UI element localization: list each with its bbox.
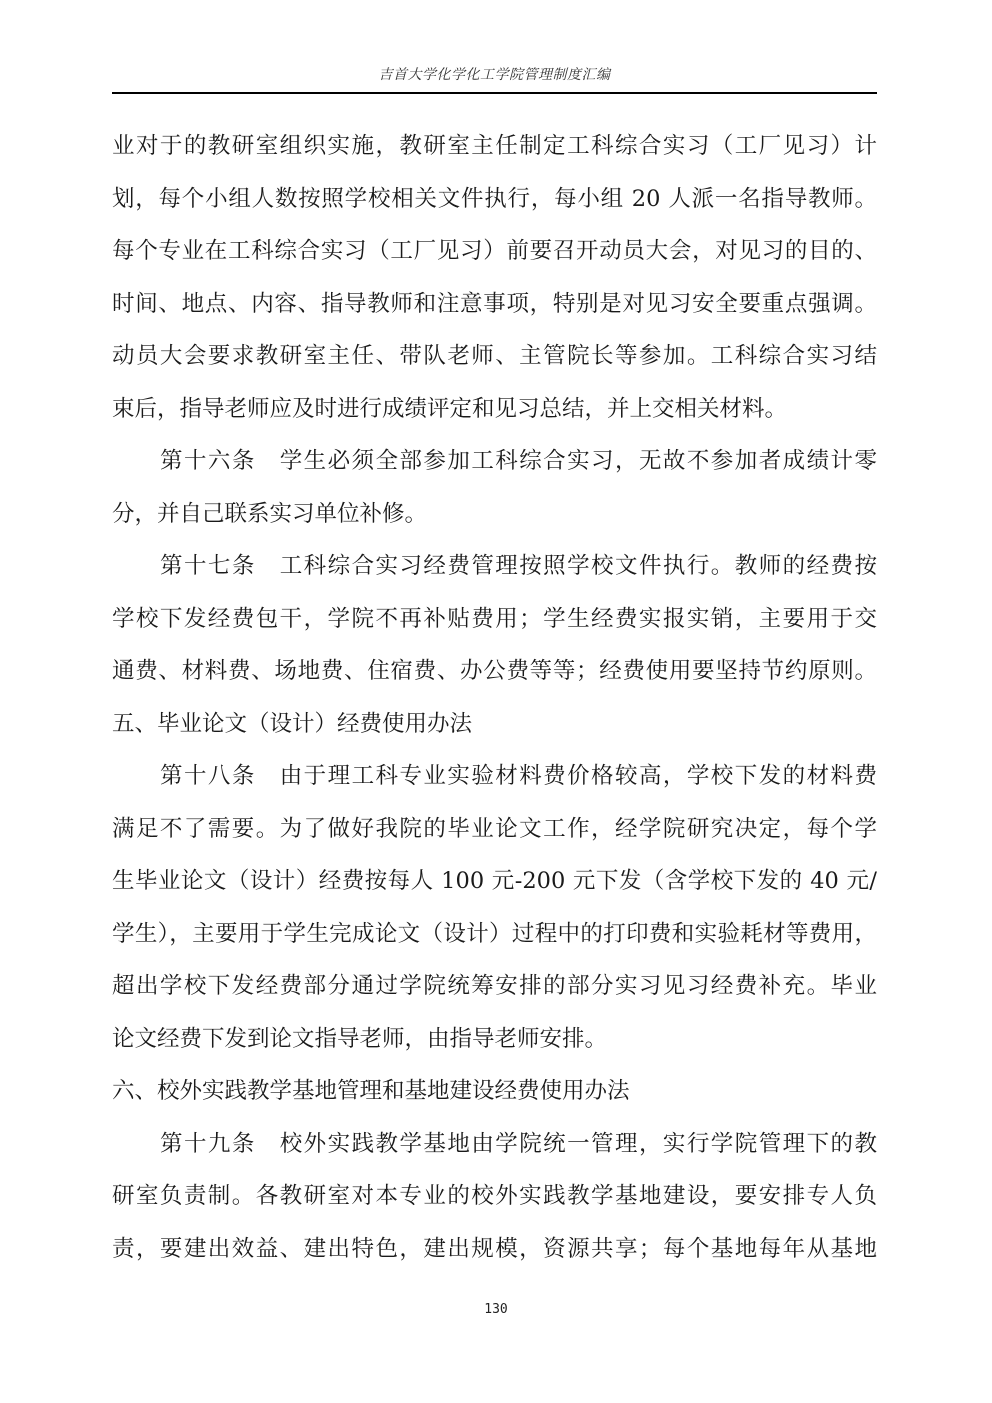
article-18-start: 第十八条 由于理工科专业实验材料费价格较高，学校下发的材料费 bbox=[112, 754, 877, 807]
header-divider bbox=[112, 92, 877, 94]
page-number: 130 bbox=[0, 1302, 992, 1317]
text-line: 时间、地点、内容、指导教师和注意事项，特别是对见习安全要重点强调。 bbox=[112, 282, 877, 335]
text-line: 通费、材料费、场地费、住宿费、办公费等等；经费使用要坚持节约原则。 bbox=[112, 649, 877, 702]
running-header: 吉首大学化学化工学院管理制度汇编 bbox=[112, 64, 877, 84]
text-line: 超出学校下发经费部分通过学院统筹安排的部分实习见习经费补充。毕业 bbox=[112, 964, 877, 1017]
section-heading-5: 五、毕业论文（设计）经费使用办法 bbox=[112, 702, 877, 755]
text-line: 业对于的教研室组织实施，教研室主任制定工科综合实习（工厂见习）计 bbox=[112, 124, 877, 177]
section-heading-6: 六、校外实践教学基地管理和基地建设经费使用办法 bbox=[112, 1069, 877, 1122]
text-line: 学生），主要用于学生完成论文（设计）过程中的打印费和实验耗材等费用， bbox=[112, 912, 877, 965]
text-line: 生毕业论文（设计）经费按每人 100 元-200 元下发（含学校下发的 40 元… bbox=[112, 859, 877, 912]
text-line: 研室负责制。各教研室对本专业的校外实践教学基地建设，要安排专人负 bbox=[112, 1174, 877, 1227]
article-17-start: 第十七条 工科综合实习经费管理按照学校文件执行。教师的经费按 bbox=[112, 544, 877, 597]
text-line: 论文经费下发到论文指导老师，由指导老师安排。 bbox=[112, 1017, 877, 1070]
text-line: 动员大会要求教研室主任、带队老师、主管院长等参加。工科综合实习结 bbox=[112, 334, 877, 387]
text-line: 每个专业在工科综合实习（工厂见习）前要召开动员大会，对见习的目的、 bbox=[112, 229, 877, 282]
text-line: 学校下发经费包干，学院不再补贴费用；学生经费实报实销，主要用于交 bbox=[112, 597, 877, 650]
text-line: 划，每个小组人数按照学校相关文件执行，每小组 20 人派一名指导教师。 bbox=[112, 177, 877, 230]
article-19-start: 第十九条 校外实践教学基地由学院统一管理，实行学院管理下的教 bbox=[112, 1122, 877, 1175]
text-line: 分，并自己联系实习单位补修。 bbox=[112, 492, 877, 545]
article-16-start: 第十六条 学生必须全部参加工科综合实习，无故不参加者成绩计零 bbox=[112, 439, 877, 492]
text-line: 满足不了需要。为了做好我院的毕业论文工作，经学院研究决定，每个学 bbox=[112, 807, 877, 860]
text-line: 束后，指导老师应及时进行成绩评定和见习总结，并上交相关材料。 bbox=[112, 387, 877, 440]
document-body: 业对于的教研室组织实施，教研室主任制定工科综合实习（工厂见习）计 划，每个小组人… bbox=[112, 124, 877, 1279]
text-line: 责，要建出效益、建出特色，建出规模，资源共享；每个基地每年从基地 bbox=[112, 1227, 877, 1280]
